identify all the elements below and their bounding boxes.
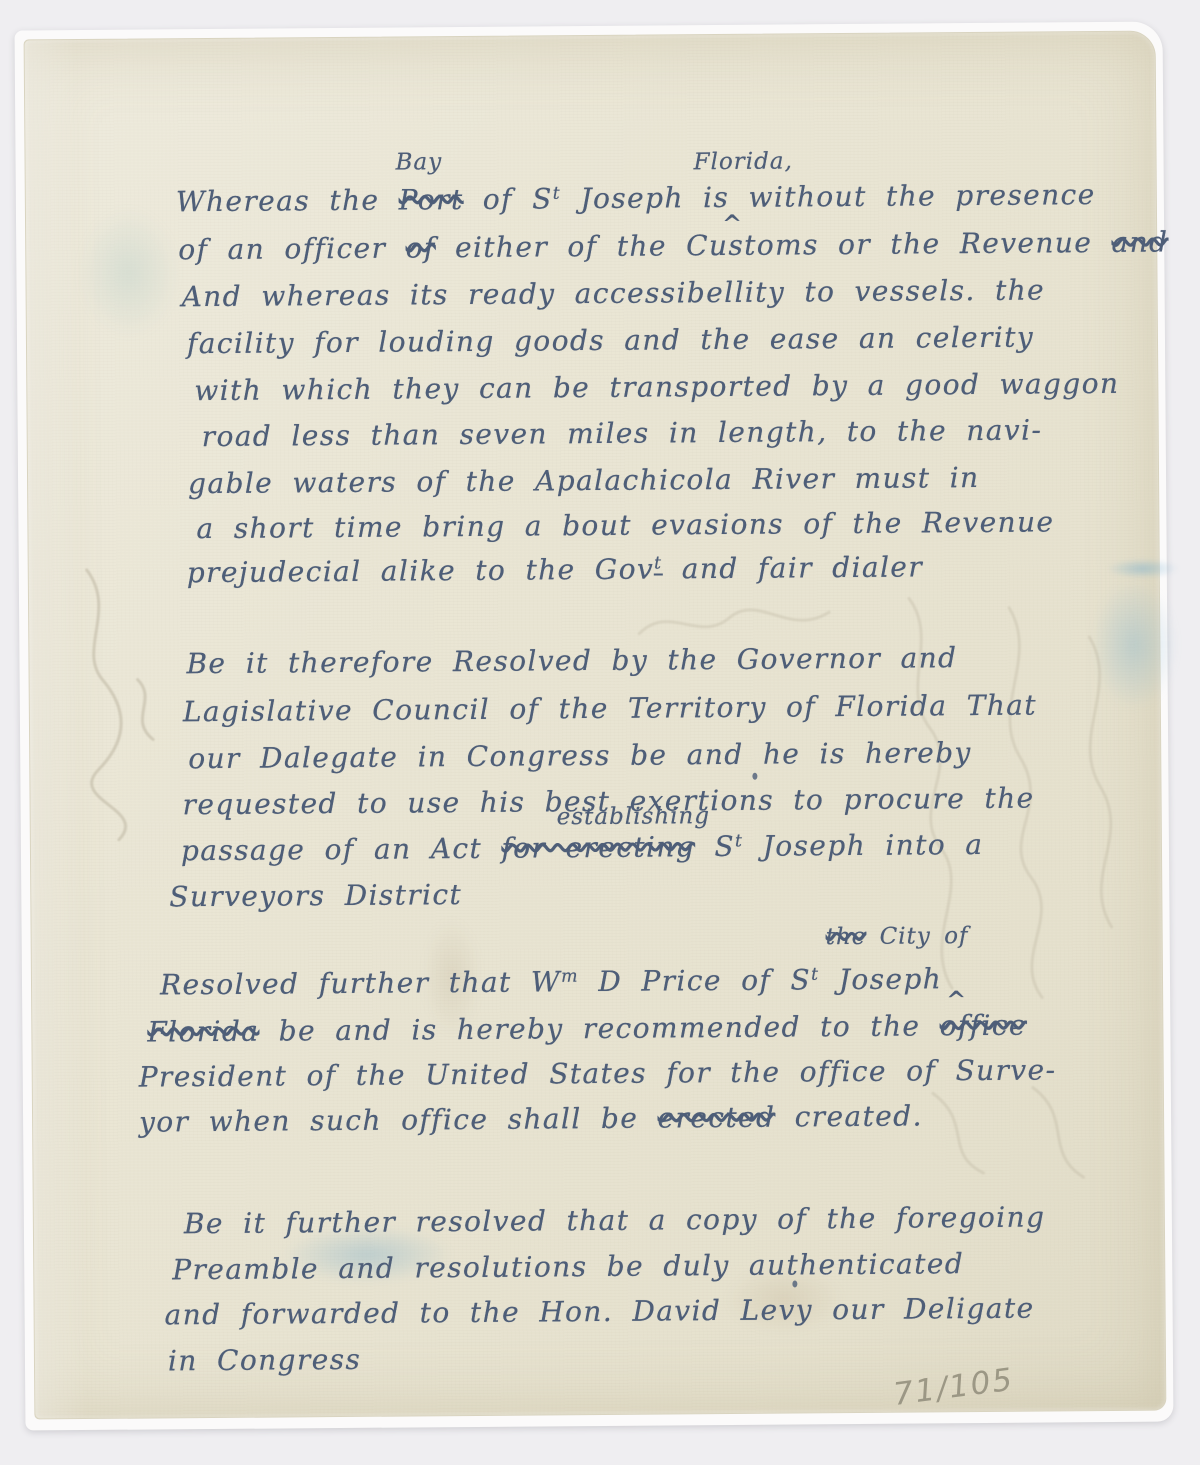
interline-insertion: Florida, xyxy=(693,148,792,175)
handwritten-line: our Dalegate in Congress be and he is he… xyxy=(188,736,972,775)
handwritten-line: Be it therefore Resolved by the Governor… xyxy=(186,641,957,680)
ink-blot xyxy=(792,1280,797,1287)
blue-ink-smudge xyxy=(1107,558,1179,579)
handwritten-line: yor when such office shall be erected cr… xyxy=(139,1099,923,1138)
show-through-scribble xyxy=(57,559,199,850)
show-through-scribble xyxy=(913,1072,1114,1194)
archival-number: 71/105 xyxy=(891,1361,1016,1412)
handwritten-line: Florida be and is hereby recommended to … xyxy=(147,1009,1027,1049)
handwritten-line: Surveyors District xyxy=(169,878,462,913)
caret-mark: ^ xyxy=(722,209,742,238)
handwritten-line: Whereas the Port of St Joseph is without… xyxy=(176,178,1096,218)
handwritten-line: President of the United States for the o… xyxy=(139,1053,1057,1093)
handwritten-line: and forwarded to the Hon. David Levy our… xyxy=(164,1292,1034,1332)
handwritten-line: prejudecial alike to the Govt and fair d… xyxy=(187,550,924,589)
handwritten-line: passage of an Act for erecting St Joseph… xyxy=(181,828,984,867)
interline-insertion: the City of xyxy=(826,923,969,950)
handwritten-line: with which they can be transported by a … xyxy=(194,367,1119,407)
handwritten-line: And whereas its ready accessibellity to … xyxy=(181,273,1045,313)
handwritten-line: Preamble and resolutions be duly authent… xyxy=(172,1247,964,1286)
blue-ink-smudge xyxy=(78,207,179,338)
manuscript-page: 71/105 Whereas the Port of St Joseph is … xyxy=(24,31,1167,1420)
interline-insertion: establishing xyxy=(557,803,711,830)
handwritten-line: Be it further resolved that a copy of th… xyxy=(184,1200,1046,1240)
handwritten-line: Lagislative Council of the Territory of … xyxy=(183,689,1037,729)
scan-area: 71/105 Whereas the Port of St Joseph is … xyxy=(15,22,1174,1431)
handwritten-line: in Congress xyxy=(168,1343,361,1378)
handwritten-line: a short time bring a bout evasions of th… xyxy=(196,505,1054,545)
caret-mark: ^ xyxy=(946,985,966,1014)
handwritten-line: facility for louding goods and the ease … xyxy=(187,321,1034,361)
handwritten-line: road less than seven miles in length, to… xyxy=(202,413,1043,453)
interline-insertion: Bay xyxy=(395,149,442,175)
handwritten-line: Resolved further that Wm D Price of St J… xyxy=(160,962,942,1001)
handwritten-line: gable waters of the Apalachicola River m… xyxy=(188,461,980,500)
handwritten-line: of an officer of either of the Customs o… xyxy=(178,225,1168,266)
scanned-document-view: { "colors": { "background": "#efeef1", "… xyxy=(0,0,1200,1465)
ink-blot xyxy=(752,773,757,780)
